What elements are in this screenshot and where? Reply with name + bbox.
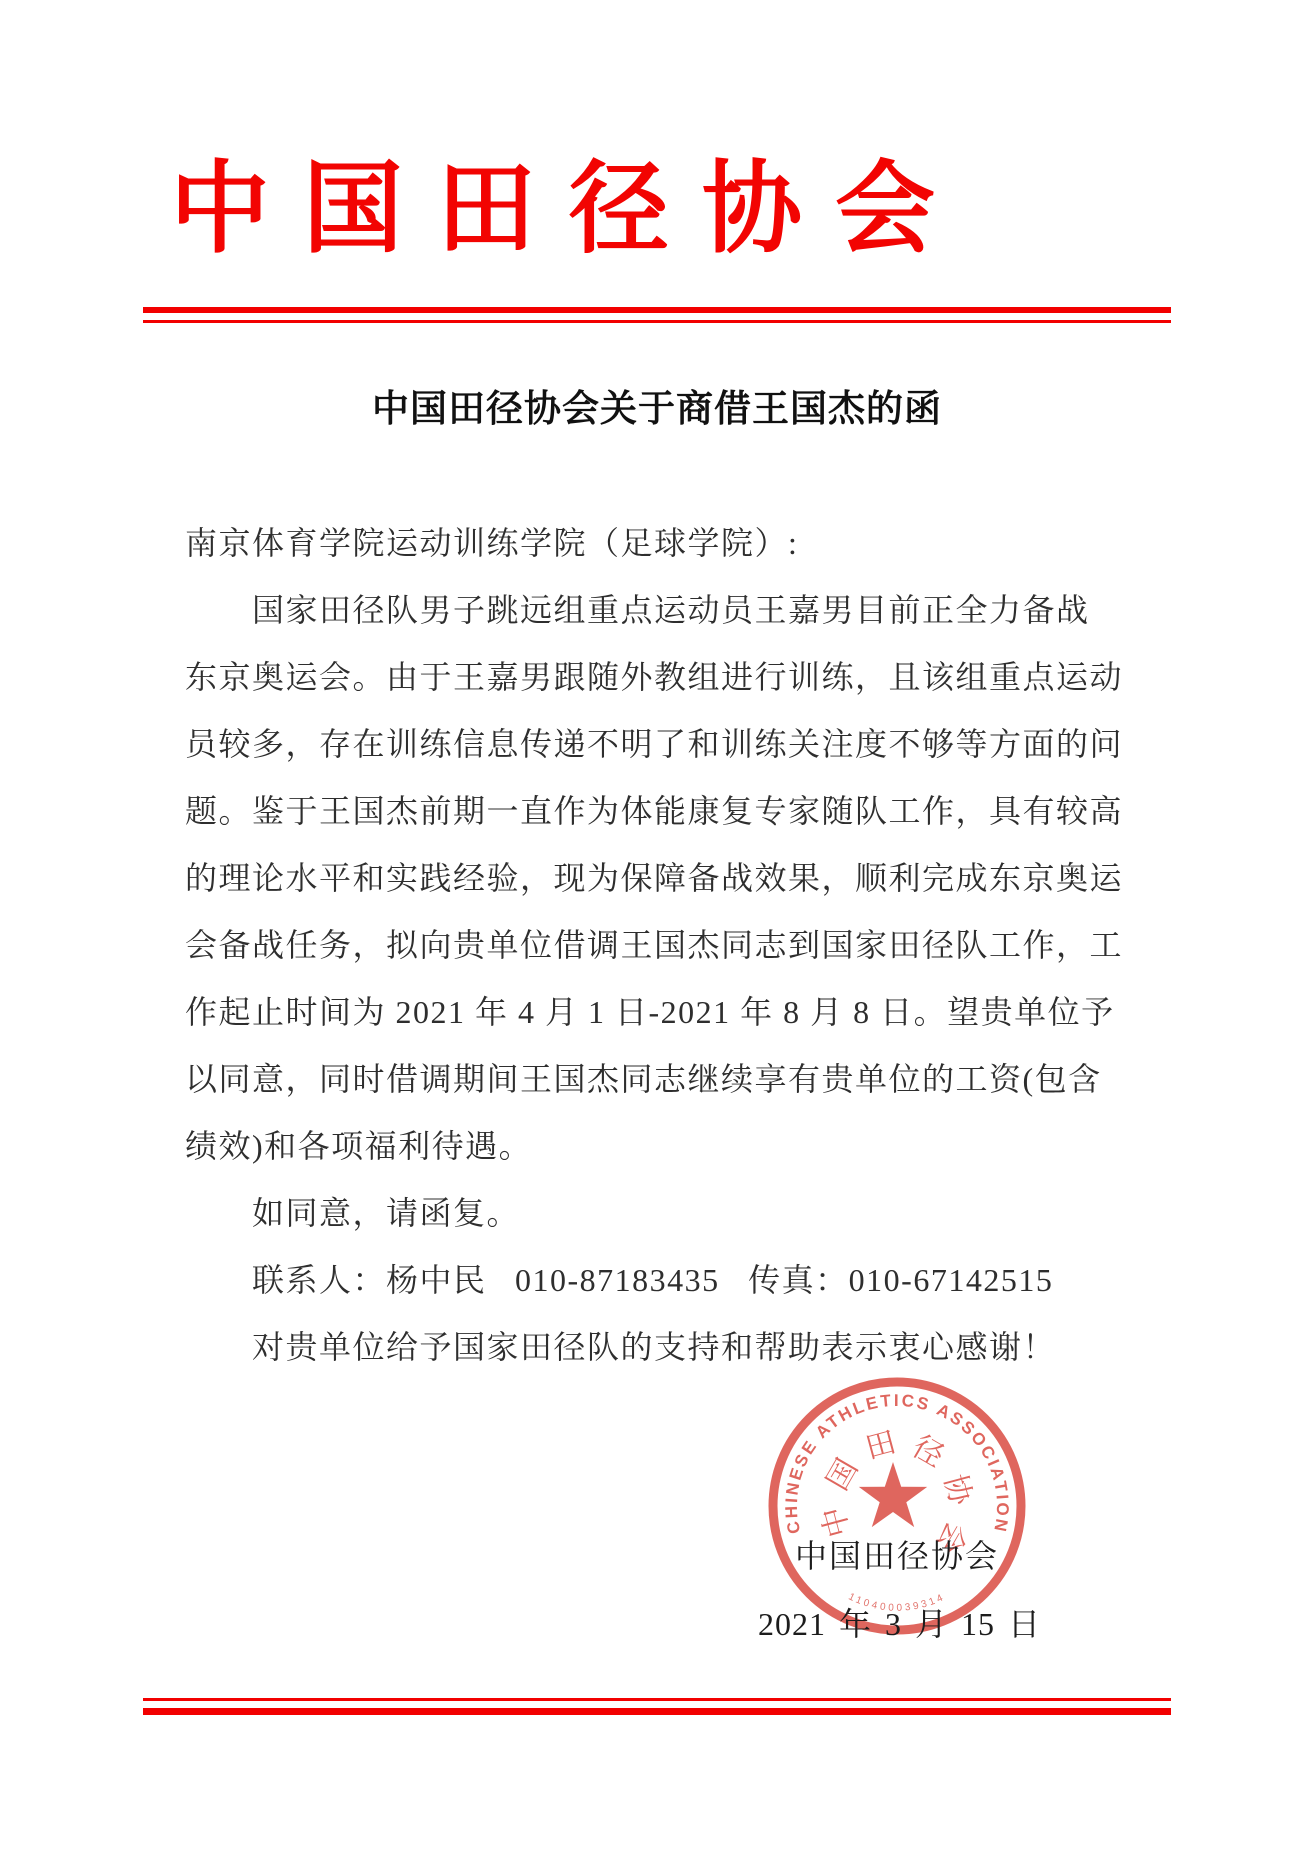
top-rule-thick [143,307,1171,313]
bottom-rule-thin [143,1698,1171,1701]
stamp-char: 国 [821,1454,865,1496]
document-body: 南京体育学院运动训练学院（足球学院）:国家田径队男子跳远组重点运动员王嘉男目前正… [185,510,1145,1381]
body-line: 南京体育学院运动训练学院（足球学院）: [185,510,1145,577]
letter-page: 中国田径协会 中国田径协会关于商借王国杰的函 南京体育学院运动训练学院（足球学院… [0,0,1314,1860]
body-line: 国家田径队男子跳远组重点运动员王嘉男目前正全力备战 [185,577,1145,644]
body-line: 作起止时间为 2021 年 4 月 1 日-2021 年 8 月 8 日。望贵单… [185,979,1145,1046]
top-rule-thin [143,320,1171,323]
body-line: 东京奥运会。由于王嘉男跟随外教组进行训练，且该组重点运动 [185,644,1145,711]
stamp-star-icon [859,1462,927,1527]
body-line: 如同意，请函复。 [185,1180,1145,1247]
document-title: 中国田径协会关于商借王国杰的函 [0,378,1314,432]
body-line: 的理论水平和实践经验，现为保障备战效果，顺利完成东京奥运 [185,845,1145,912]
body-line: 会备战任务，拟向贵单位借调王国杰同志到国家田径队工作，工 [185,912,1145,979]
body-line: 题。鉴于王国杰前期一直作为体能康复专家随队工作，具有较高 [185,778,1145,845]
body-line: 绩效)和各项福利待遇。 [185,1113,1145,1180]
bottom-rule-thick [143,1708,1171,1715]
stamp-char: 田 [862,1426,900,1466]
body-line: 联系人：杨中民 010-87183435 传真：010-67142515 [185,1247,1145,1314]
signature-org-name: 中国田径协会 [795,1531,999,1577]
letterhead-org-name: 中国田径协会 [170,150,970,270]
body-line: 员较多，存在训练信息传递不明了和训练关注度不够等方面的问 [185,711,1145,778]
stamp-char: 径 [907,1430,949,1474]
body-line: 以同意，同时借调期间王国杰同志继续享有贵单位的工资(包含 [185,1046,1145,1113]
document-date: 2021 年 3 月 15 日 [758,1599,1041,1645]
stamp-char: 协 [938,1471,978,1509]
